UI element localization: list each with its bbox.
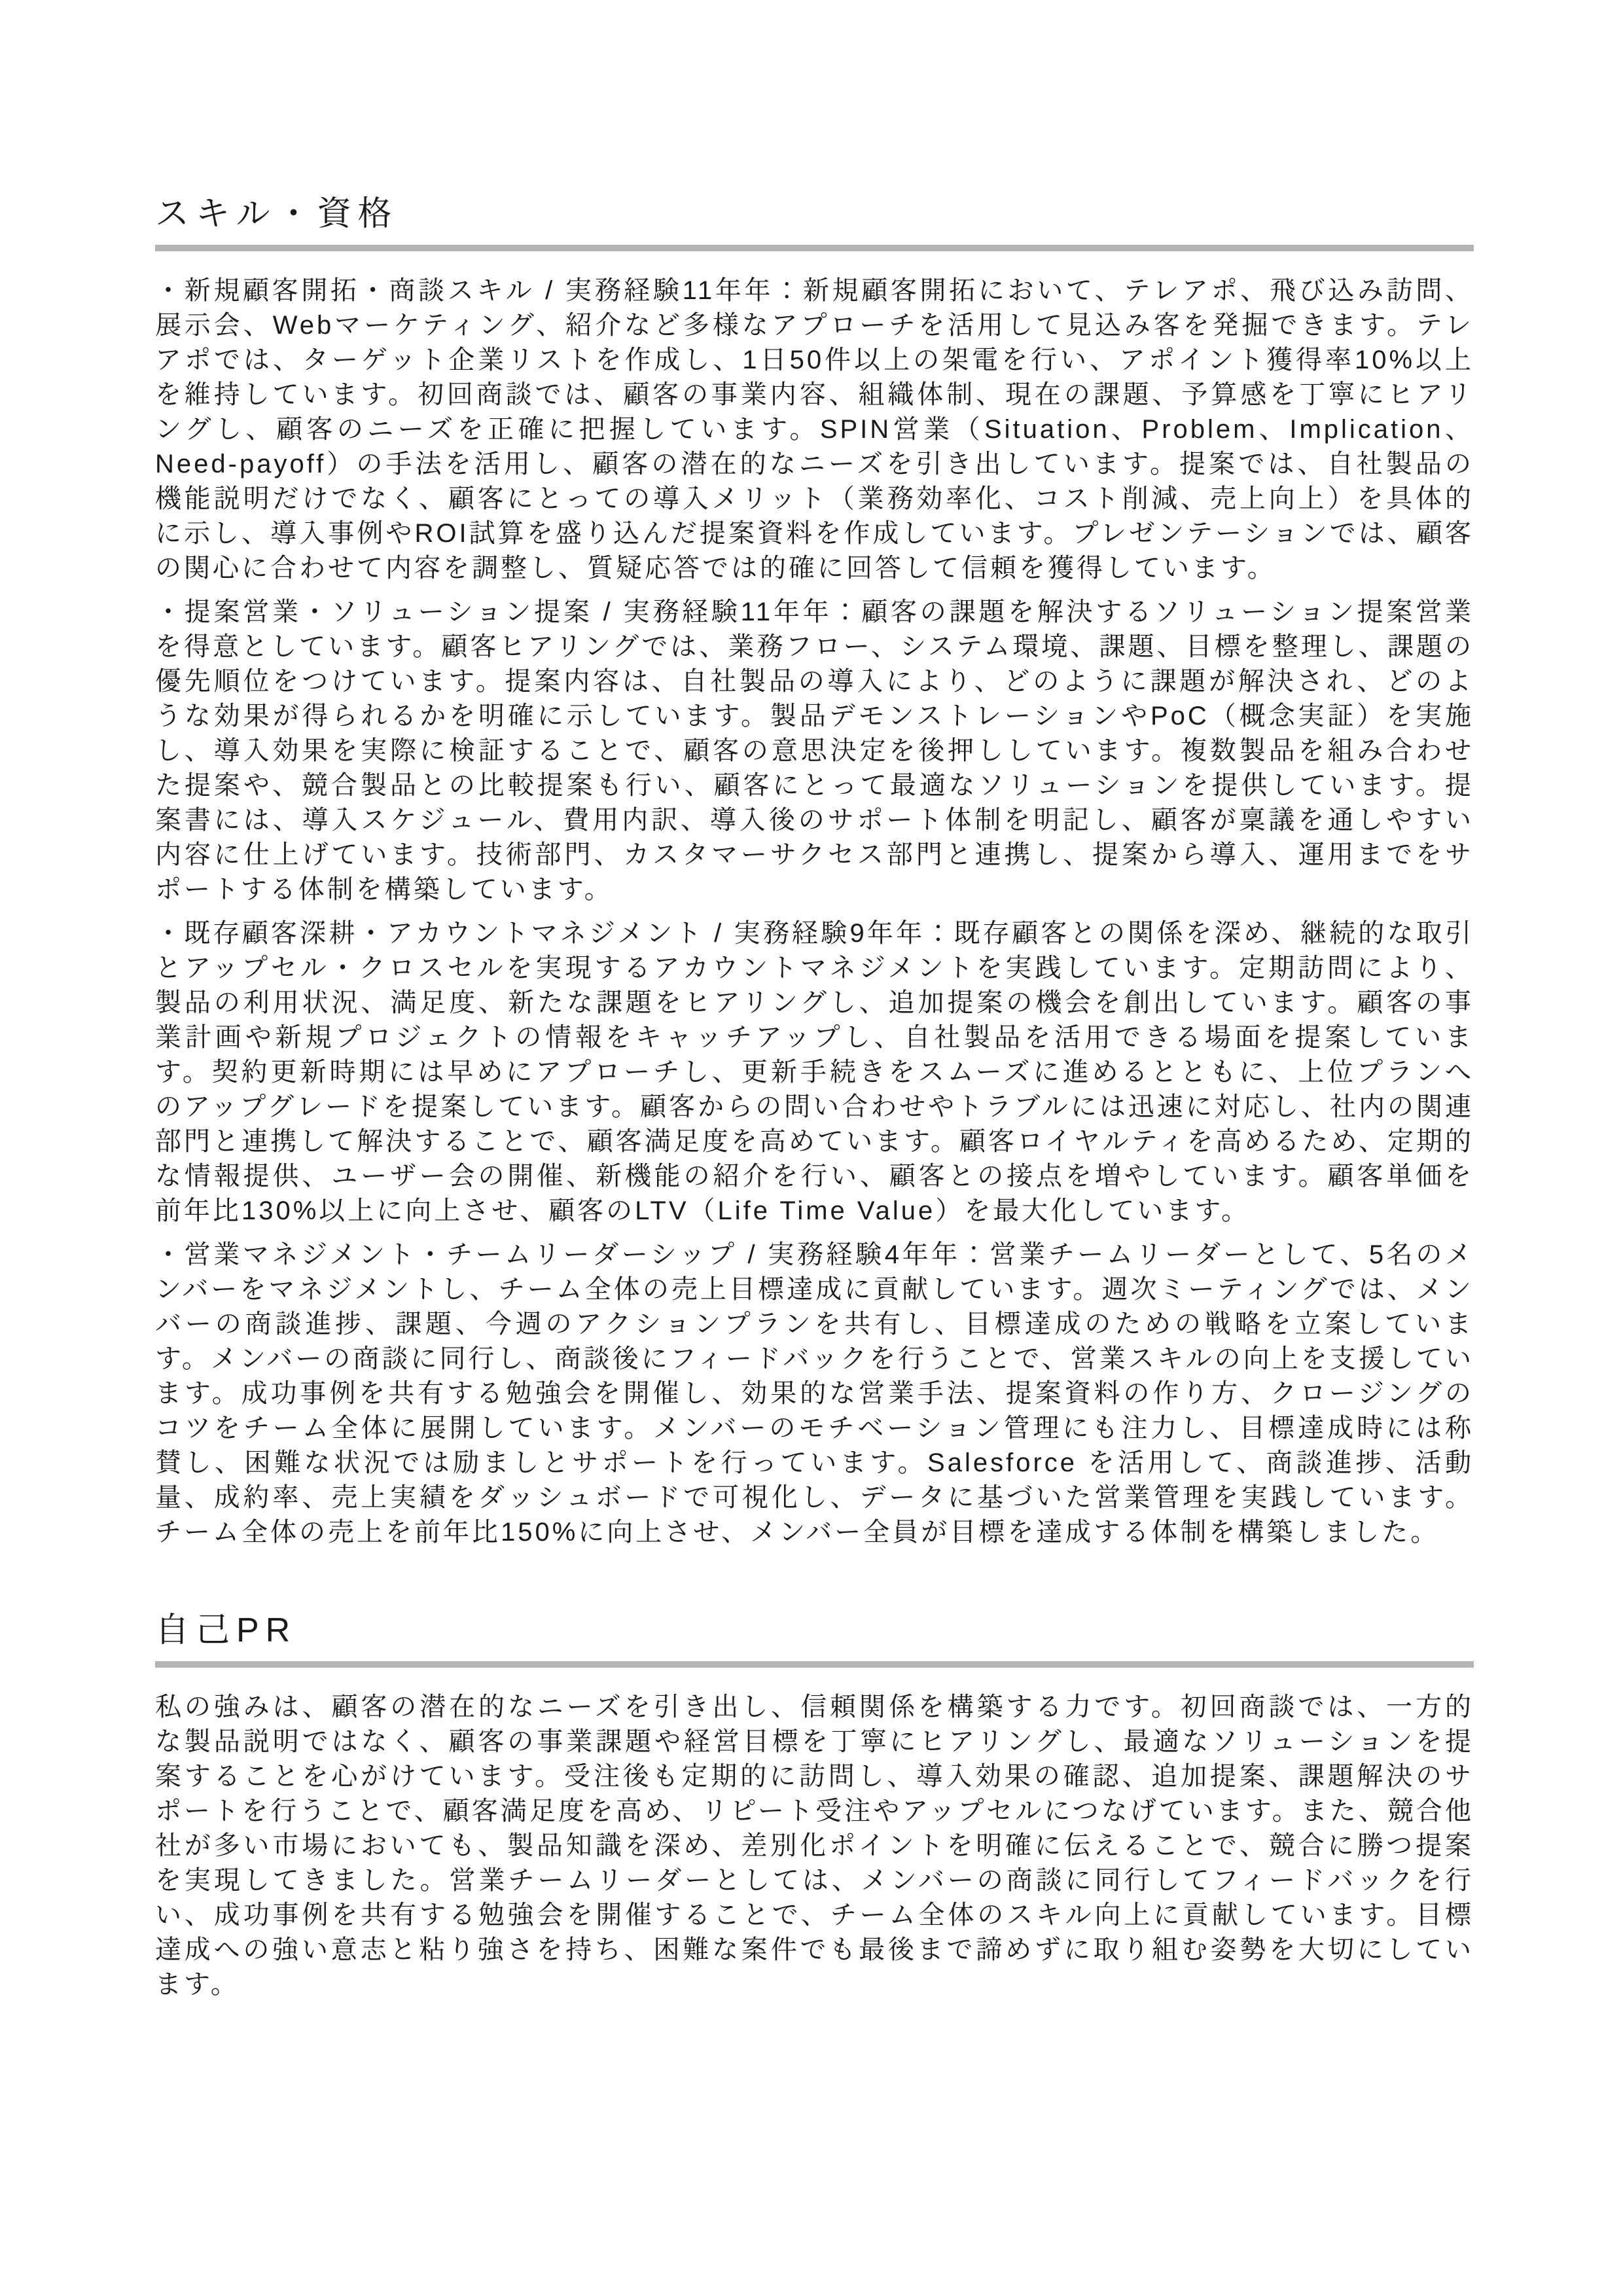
skills-paragraph-solution-sales: ・提案営業・ソリューション提案 / 実務経験11年年：顧客の課題を解決するソリュ… xyxy=(155,595,1474,907)
section-title-skills: スキル・資格 xyxy=(155,194,1474,234)
section-divider-skills xyxy=(155,245,1474,251)
self-pr-paragraph: 私の強みは、顧客の潜在的なニーズを引き出し、信頼関係を構築する力です。初回商談で… xyxy=(155,1690,1474,2002)
resume-page: { "page": { "background": "#ffffff", "te… xyxy=(0,0,1623,2296)
document-content: スキル・資格 ・新規顧客開拓・商談スキル / 実務経験11年年：新規顧客開拓にお… xyxy=(155,194,1474,2011)
section-title-self-pr: 自己PR xyxy=(155,1610,1474,1651)
skills-paragraph-new-business: ・新規顧客開拓・商談スキル / 実務経験11年年：新規顧客開拓において、テレアポ… xyxy=(155,274,1474,586)
section-self-pr: 自己PR 私の強みは、顧客の潜在的なニーズを引き出し、信頼関係を構築する力です。… xyxy=(155,1610,1474,2002)
skills-paragraph-account-management: ・既存顧客深耕・アカウントマネジメント / 実務経験9年年：既存顧客との関係を深… xyxy=(155,916,1474,1229)
skills-paragraph-sales-management: ・営業マネジメント・チームリーダーシップ / 実務経験4年年：営業チームリーダー… xyxy=(155,1238,1474,1550)
section-skills: スキル・資格 ・新規顧客開拓・商談スキル / 実務経験11年年：新規顧客開拓にお… xyxy=(155,194,1474,1550)
section-divider-self-pr xyxy=(155,1661,1474,1668)
